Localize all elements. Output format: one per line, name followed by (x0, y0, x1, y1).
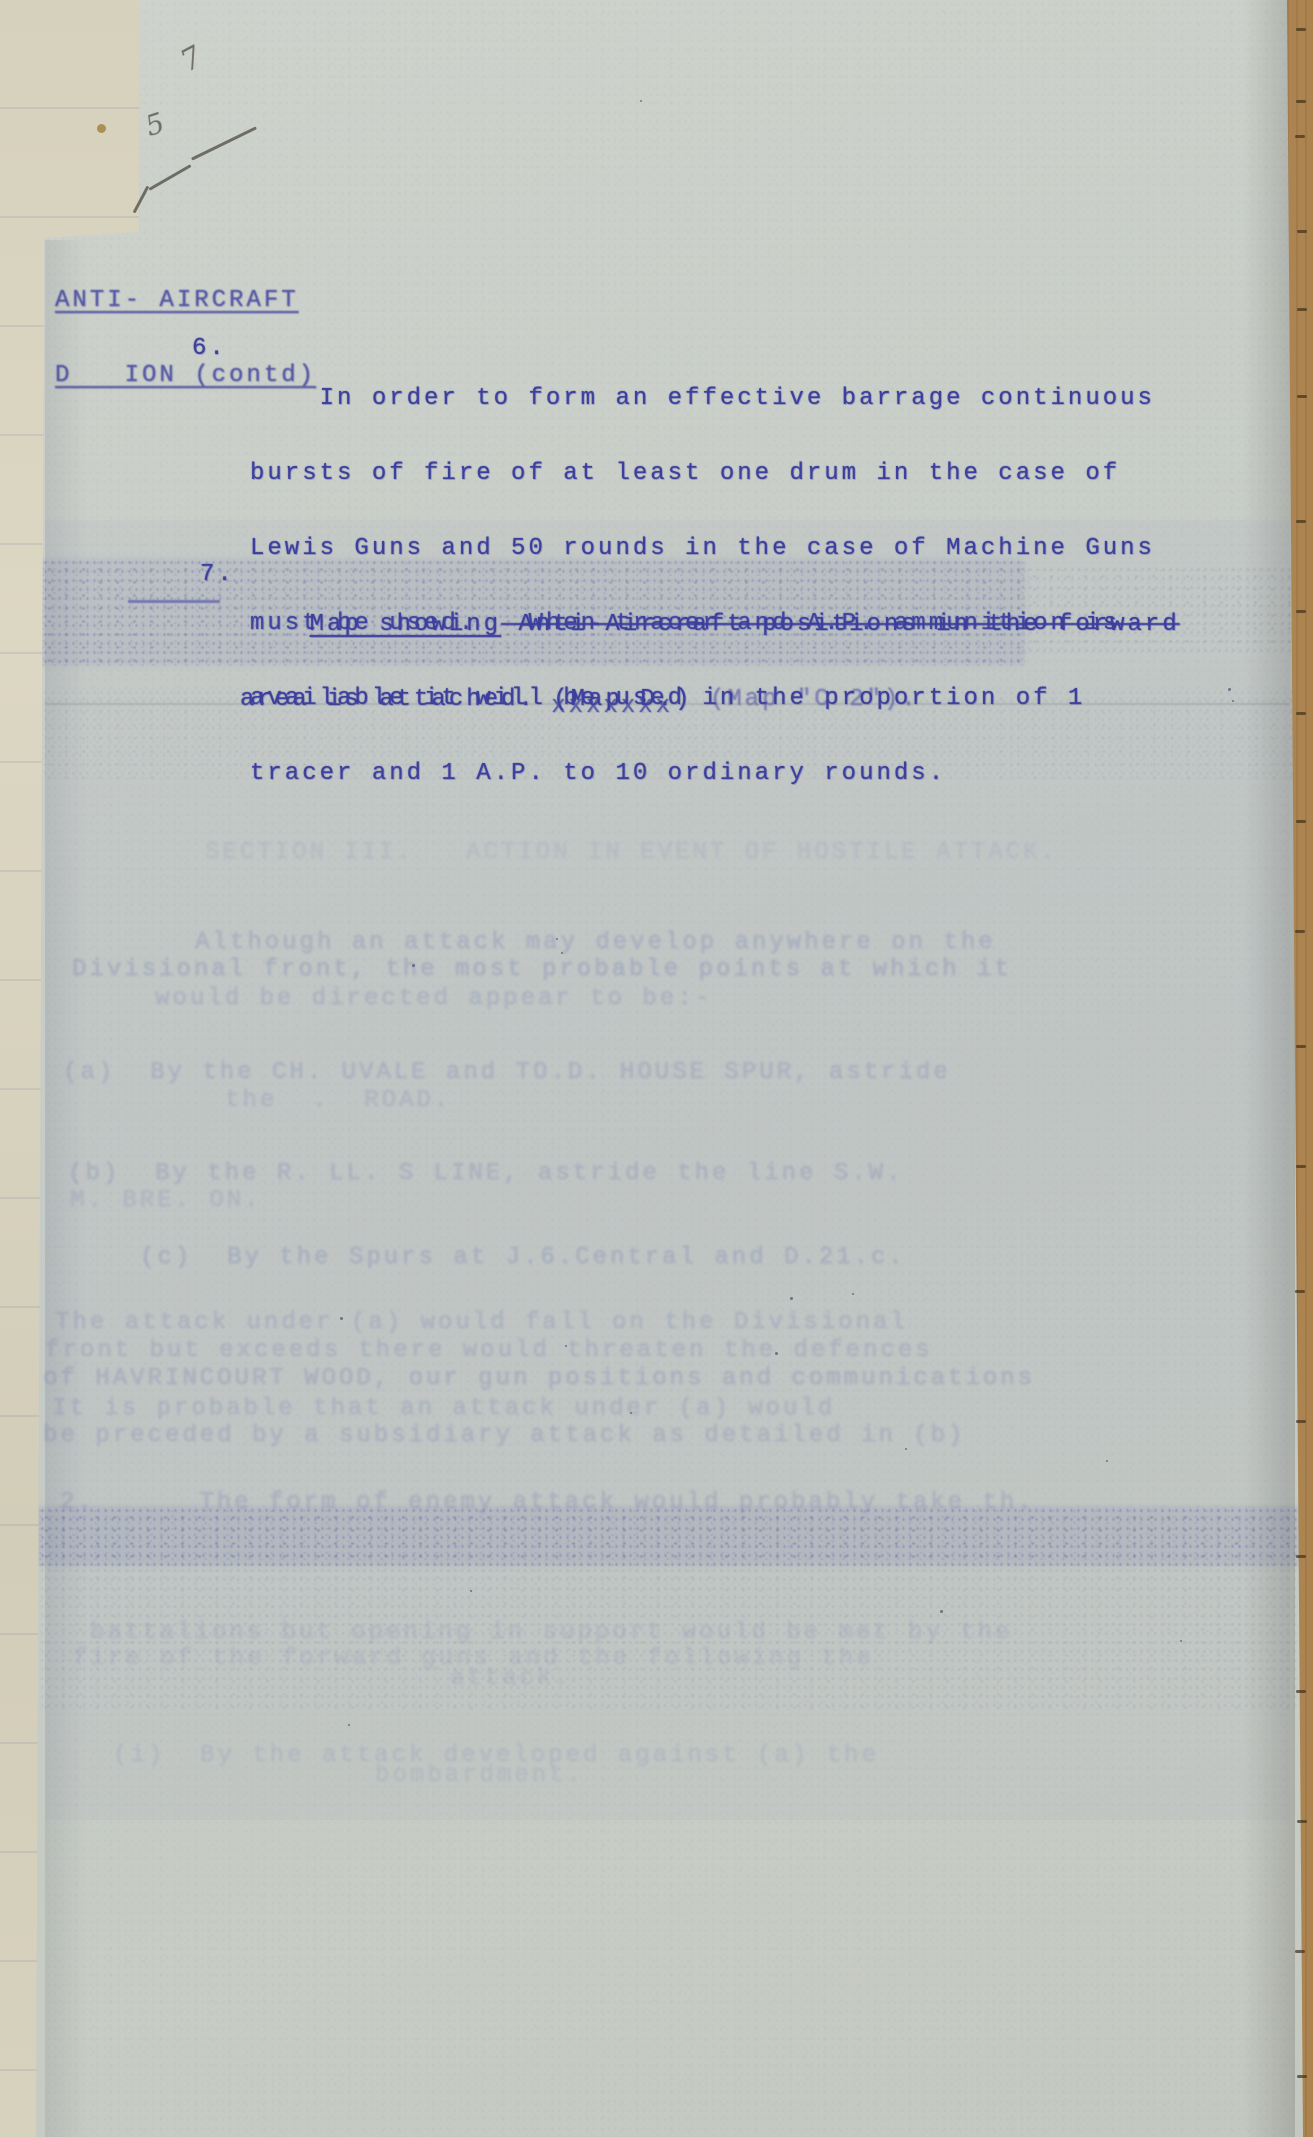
faded-line: attack. (450, 1666, 572, 1691)
stitch-mark (1296, 1045, 1306, 1048)
crease-line (45, 703, 1290, 705)
para7-number: 7. (200, 562, 235, 587)
para7-line-2: area is attached. (Map D.)xxxxxxx (Map "… (240, 687, 1180, 712)
stitch-mark (1297, 2075, 1307, 2078)
ink-fleck (905, 1448, 907, 1450)
stitch-mark (1295, 135, 1305, 138)
scanned-document: ANTI- AIRCRAFT D ION (contd) 6. In order… (0, 0, 1313, 2137)
faded-line: 2. The form of enemy attack would probab… (60, 1490, 1035, 1515)
faded-line: battalions but opening in support would … (90, 1620, 1012, 1645)
para6-line: tracer and 1 A.P. to 10 ordinary rounds. (250, 761, 1155, 786)
stitch-mark (1297, 395, 1307, 398)
ink-fleck (940, 1610, 943, 1613)
faded-line: of HAVRINCOURT WOOD, our gun positions a… (43, 1366, 1035, 1391)
edit-dash (128, 600, 220, 603)
ink-fleck (556, 938, 558, 940)
stitch-mark (1296, 1555, 1306, 1558)
ink-fleck (640, 100, 642, 102)
stitch-mark (1296, 610, 1306, 613)
map-c2-reference: (Map "C 2"). (692, 686, 918, 713)
faded-line: would be directed appear to be:- (155, 986, 712, 1011)
stitch-mark (1297, 308, 1307, 311)
stitch-mark (1296, 100, 1306, 103)
para7-underlined: Map showing (310, 611, 501, 638)
ink-fleck (565, 1345, 567, 1347)
faded-line: M. BRE. ON. (70, 1188, 261, 1213)
para7-indent (240, 611, 310, 638)
para6-line: Lewis Guns and 50 rounds in the case of … (250, 536, 1155, 561)
stitch-mark (1296, 1690, 1306, 1693)
ink-fleck (1228, 688, 1231, 691)
stitch-mark (1295, 1290, 1305, 1293)
header-line-1: ANTI- AIRCRAFT (55, 288, 316, 313)
document-page: ANTI- AIRCRAFT D ION (contd) 6. In order… (0, 0, 1313, 2137)
ink-fleck (561, 952, 563, 954)
stitch-mark (1296, 712, 1306, 715)
ink-fleck (775, 1352, 778, 1355)
faded-line: front but exceeds there would threaten t… (45, 1338, 933, 1363)
ink-fleck (340, 1317, 343, 1320)
ink-fleck (1106, 1460, 1108, 1462)
ink-fleck (790, 1297, 793, 1300)
para6-line: bursts of fire of at least one drum in t… (250, 461, 1155, 486)
stitch-mark (1296, 820, 1306, 823)
para7-text: Map showing Anti-Aircraft positions in t… (240, 562, 1180, 762)
faded-line: (c) By the Spurs at J.6.Central and D.21… (140, 1245, 906, 1270)
stitch-mark (1296, 28, 1306, 31)
para7-line-1: Map showing Anti-Aircraft positions in t… (240, 612, 1180, 637)
stitch-mark (1297, 230, 1307, 233)
ink-fleck (852, 1293, 854, 1295)
ink-fleck (412, 964, 415, 967)
faded-line: bombardment. (375, 1763, 584, 1788)
stitch-mark (1296, 520, 1306, 523)
stitch-mark (1295, 930, 1305, 933)
para7-line2-text: area is attached. (240, 686, 553, 713)
stitch-mark (1296, 1420, 1306, 1423)
stitch-mark (1295, 1950, 1305, 1953)
ink-fleck (1180, 1640, 1182, 1642)
para7-struck: Anti-Aircraft positions in the forward (501, 611, 1180, 638)
faded-line: SECTION III. ACTION IN EVENT OF HOSTILE … (205, 840, 1058, 865)
ink-fleck (470, 1590, 472, 1592)
faded-line: The attack under (a) would fall on the D… (55, 1310, 908, 1335)
ink-fleck (630, 1412, 632, 1414)
faded-line: Divisional front, the most probable poin… (72, 957, 1012, 982)
stitch-mark (1296, 1165, 1306, 1168)
ink-fleck (1232, 700, 1234, 702)
paper-spot (97, 124, 106, 133)
ink-fleck (348, 1724, 350, 1726)
faded-line: the . ROAD. (225, 1088, 451, 1113)
faded-line: (b) By the R. LL. S LINE, astride the li… (68, 1161, 903, 1186)
para6-number: 6. (192, 336, 227, 361)
faded-line: be preceded by a subsidiary attack as de… (43, 1423, 965, 1448)
para6-line: In order to form an effective barrage co… (250, 386, 1155, 411)
faded-line: Although an attack may develop anywhere … (195, 930, 996, 955)
overtype-xx: xxxxxxx (551, 694, 673, 719)
faded-line: It is probable that an attack under (a) … (52, 1396, 835, 1421)
faded-line: (a) By the CH. UVALE and TO.D. HOUSE SPU… (63, 1060, 951, 1085)
stitch-mark (1297, 1820, 1307, 1823)
map-d-reference: (Map D.)xxxxxxx (553, 687, 692, 712)
